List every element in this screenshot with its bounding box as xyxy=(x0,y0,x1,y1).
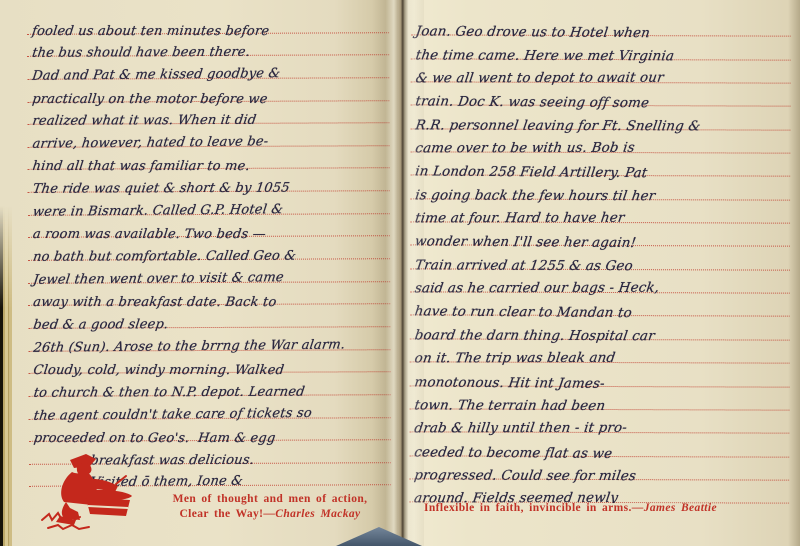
ground-scribble-2 xyxy=(48,525,89,529)
left-page-handwriting: fooled us about ten minutes beforethe bu… xyxy=(27,10,391,487)
ruled-line: 26th (Sun). Arose to the brrng the War a… xyxy=(28,327,390,351)
printed-quote-left: Men of thought and men of action, Clear … xyxy=(148,492,392,522)
ruled-line: in London 258 Field Artillery. Pat xyxy=(410,152,790,177)
ruled-line: on it. The trip was bleak and xyxy=(410,339,790,364)
ruled-line: said as he carried our bags - Heck, xyxy=(410,269,790,294)
ruled-line: hind all that was familiar to me. xyxy=(28,146,390,170)
ruled-line: bed & a good sleep. xyxy=(28,305,390,329)
ruled-line: Train arrived at 1255 & as Geo xyxy=(410,246,790,271)
ruled-line: were in Bismark. Called G.P. Hotel & xyxy=(28,191,390,215)
ruled-line: progressed. Could see for miles xyxy=(409,456,789,481)
ruled-line: no bath but comfortable. Called Geo & xyxy=(28,237,390,261)
ruled-line: practically on the motor before we xyxy=(27,78,389,102)
ruled-line: came over to be with us. Bob is xyxy=(410,129,790,154)
quote-text-right: Inflexible in faith, invincible in arms.… xyxy=(424,502,644,514)
diary-scan: { "document": { "kind": "handwritten-dia… xyxy=(0,0,800,546)
quote-author-right: James Beattie xyxy=(644,502,717,514)
ruled-line: R.R. personnel leaving for Ft. Snelling … xyxy=(410,106,790,131)
ruled-line: the time came. Here we met Virginia xyxy=(411,36,791,61)
ruled-line: board the darn thing. Hospital car xyxy=(410,316,790,341)
seated-scribe-illustration xyxy=(40,450,152,540)
right-page-handwriting: Joan. Geo drove us to Hotel whenthe time… xyxy=(409,12,791,504)
ruled-line: Cloudy, cold, windy morning. Walked xyxy=(28,350,390,374)
ruled-line: the agent couldn't take care of tickets … xyxy=(29,395,391,419)
ruled-line: train. Doc K. was seeing off some xyxy=(411,82,791,107)
ruled-line: away with a breakfast date. Back to xyxy=(28,282,390,306)
ruled-line: to church & then to N.P. depot. Learned xyxy=(29,372,391,396)
ruled-line: town. The terrain had been xyxy=(409,386,789,411)
ruled-line: wonder when I'll see her again! xyxy=(410,222,790,247)
ruled-line: realized what it was. When it did xyxy=(27,101,389,125)
ruled-line: Jewel then went over to visit & came xyxy=(28,259,390,283)
quill-line xyxy=(116,476,126,484)
quote-line-2: Clear the Way!—Charles Mackay xyxy=(148,507,392,522)
ruled-line: fooled us about ten minutes before xyxy=(27,10,389,34)
ruled-line: time at four. Hard to have her xyxy=(410,199,790,224)
ruled-line: a room was available. Two beds — xyxy=(28,214,390,238)
quote-author-left: Charles Mackay xyxy=(275,508,360,520)
quote-line-1: Men of thought and men of action, xyxy=(148,492,392,507)
ruled-line: monotonous. Hit int James- xyxy=(410,362,790,387)
ruled-line: have to run clear to Mandan to xyxy=(410,292,790,317)
ruled-line: proceeded on to Geo's. Ham & egg xyxy=(29,418,391,442)
ruled-line: & we all went to depot to await our xyxy=(411,59,791,84)
ruled-line: ceeded to become flat as we xyxy=(409,433,789,458)
printed-quote-right: Inflexible in faith, invincible in arms.… xyxy=(424,501,790,516)
ruled-line: arrive, however, hated to leave be- xyxy=(27,123,389,147)
ruled-line: the bus should have been there. xyxy=(27,33,389,57)
ruled-line: Joan. Geo drove us to Hotel when xyxy=(411,12,791,37)
ruled-line: Dad and Pat & me kissed goodbye & xyxy=(27,55,389,79)
ruled-line: The ride was quiet & short & by 1055 xyxy=(28,169,390,193)
ruled-line: is going back the few hours til her xyxy=(410,176,790,201)
ruled-line: drab & hilly until then - it pro- xyxy=(409,409,789,434)
